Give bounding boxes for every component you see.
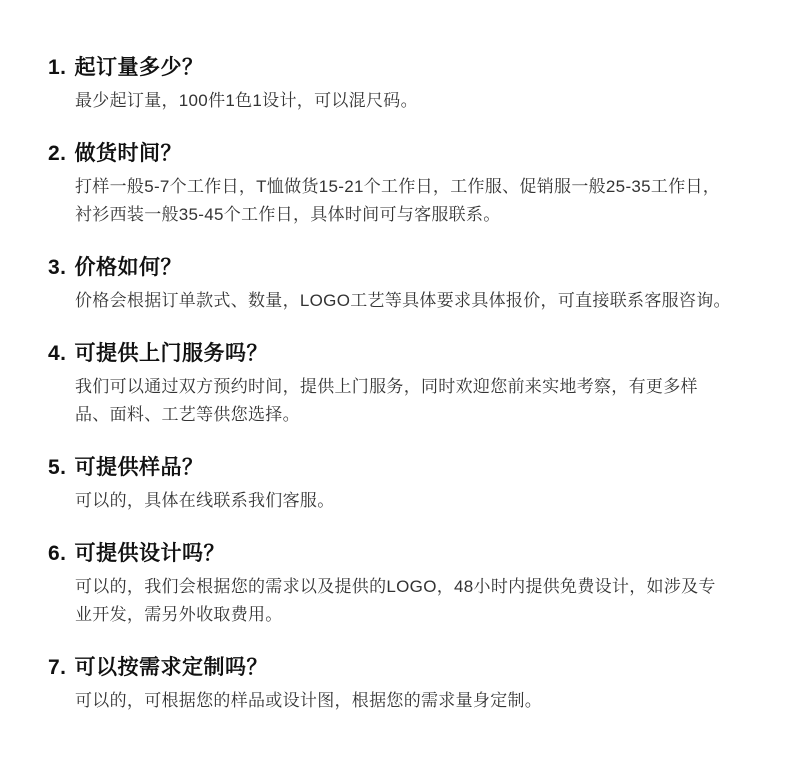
faq-question-3: 3.价格如何？ [0,255,790,281]
faq-answer-6: 可以的，我们会根据您的需求以及提供的LOGO，48小时内提供免费设计，如涉及专 … [0,573,790,629]
faq-item-5: 5.可提供样品？ 可以的，具体在线联系我们客服。 [0,455,790,515]
faq-question-3-text: 价格如何？ [75,256,183,279]
faq-question-7: 7.可以按需求定制吗？ [0,655,790,681]
faq-question-6-text: 可提供设计吗？ [75,542,226,565]
faq-answer-3-line-1: 价格会根据订单款式、数量，LOGO工艺等具体要求具体报价，可直接联系客服咨询。 [75,287,782,315]
faq-item-2: 2.做货时间？ 打样一般5-7个工作日，T恤做货15-21个工作日，工作服、促销… [0,141,790,229]
faq-question-7-text: 可以按需求定制吗？ [75,656,269,679]
faq-question-5-text: 可提供样品？ [75,456,204,479]
faq-answer-4: 我们可以通过双方预约时间，提供上门服务，同时欢迎您前来实地考察，有更多样 品、面… [0,373,790,429]
faq-item-6: 6.可提供设计吗？ 可以的，我们会根据您的需求以及提供的LOGO，48小时内提供… [0,541,790,629]
faq-answer-1-line-1: 最少起订量，100件1色1设计，可以混尺码。 [75,87,782,115]
faq-item-3: 3.价格如何？ 价格会根据订单款式、数量，LOGO工艺等具体要求具体报价，可直接… [0,255,790,315]
faq-answer-7-line-1: 可以的，可根据您的样品或设计图，根据您的需求量身定制。 [75,687,782,715]
faq-question-2-text: 做货时间？ [75,142,183,165]
faq-question-4-text: 可提供上门服务吗？ [75,342,269,365]
faq-item-4: 4.可提供上门服务吗？ 我们可以通过双方预约时间，提供上门服务，同时欢迎您前来实… [0,341,790,429]
faq-question-4: 4.可提供上门服务吗？ [0,341,790,367]
faq-answer-4-line-1: 我们可以通过双方预约时间，提供上门服务，同时欢迎您前来实地考察，有更多样 [75,373,782,401]
faq-question-5: 5.可提供样品？ [0,455,790,481]
faq-answer-7: 可以的，可根据您的样品或设计图，根据您的需求量身定制。 [0,687,790,715]
faq-question-5-number: 5. [48,455,67,481]
faq-page: 1.起订量多少？ 最少起订量，100件1色1设计，可以混尺码。 2.做货时间？ … [0,0,790,773]
faq-question-6: 6.可提供设计吗？ [0,541,790,567]
faq-answer-1: 最少起订量，100件1色1设计，可以混尺码。 [0,87,790,115]
faq-question-1-number: 1. [48,55,67,81]
faq-answer-2-line-1: 打样一般5-7个工作日，T恤做货15-21个工作日，工作服、促销服一般25-35… [75,173,782,201]
faq-answer-2-line-2: 衬衫西装一般35-45个工作日，具体时间可与客服联系。 [75,201,782,229]
faq-answer-6-line-2: 业开发，需另外收取费用。 [75,601,782,629]
faq-question-2-number: 2. [48,141,67,167]
faq-question-7-number: 7. [48,655,67,681]
faq-answer-4-line-2: 品、面料、工艺等供您选择。 [75,401,782,429]
faq-question-1-text: 起订量多少？ [75,56,204,79]
faq-item-1: 1.起订量多少？ 最少起订量，100件1色1设计，可以混尺码。 [0,55,790,115]
faq-answer-6-line-1: 可以的，我们会根据您的需求以及提供的LOGO，48小时内提供免费设计，如涉及专 [75,573,782,601]
faq-question-6-number: 6. [48,541,67,567]
faq-answer-2: 打样一般5-7个工作日，T恤做货15-21个工作日，工作服、促销服一般25-35… [0,173,790,229]
faq-question-4-number: 4. [48,341,67,367]
faq-question-1: 1.起订量多少？ [0,55,790,81]
faq-answer-5: 可以的，具体在线联系我们客服。 [0,487,790,515]
faq-item-7: 7.可以按需求定制吗？ 可以的，可根据您的样品或设计图，根据您的需求量身定制。 [0,655,790,715]
faq-question-2: 2.做货时间？ [0,141,790,167]
faq-question-3-number: 3. [48,255,67,281]
faq-answer-3: 价格会根据订单款式、数量，LOGO工艺等具体要求具体报价，可直接联系客服咨询。 [0,287,790,315]
faq-answer-5-line-1: 可以的，具体在线联系我们客服。 [75,487,782,515]
